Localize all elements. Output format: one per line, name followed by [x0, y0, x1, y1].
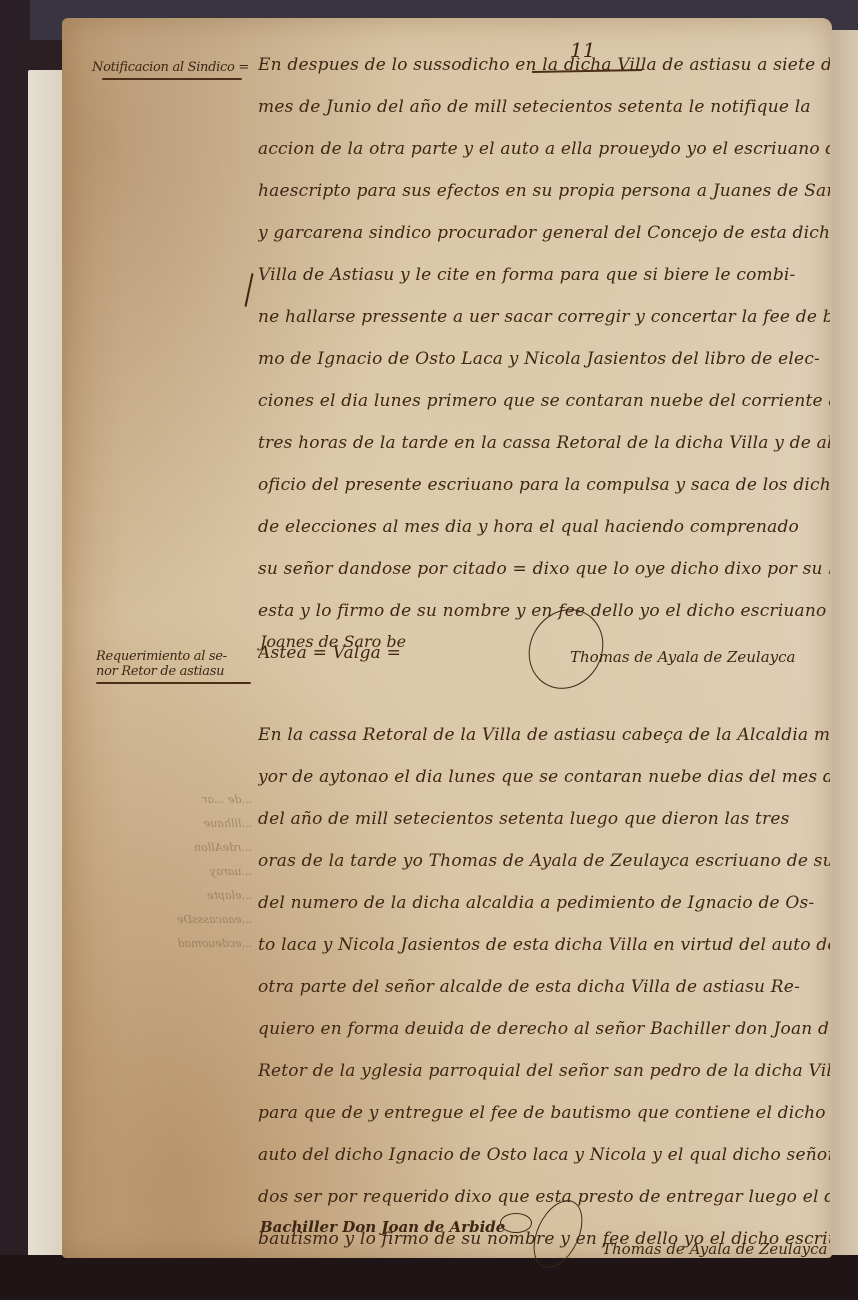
text-line: y garcarena sindico procurador general d… [258, 212, 830, 254]
text-line: ciones el dia lunes primero que se conta… [258, 380, 830, 422]
facing-page-edge [830, 30, 858, 1255]
bleed-line: ...elapte [132, 884, 252, 908]
section-2-text: En la cassa Retoral de la Villa de astia… [258, 714, 830, 1260]
background-left [0, 0, 30, 1300]
signature-escribano-2: Thomas de Ayala de Zeulayca [602, 1240, 828, 1258]
bleed-line: ...lllhaue [132, 812, 252, 836]
text-line: yor de aytonao el dia lunes que se conta… [258, 756, 830, 798]
background-bottom [0, 1255, 858, 1300]
text-line: ne hallarse pressente a uer sacar correg… [258, 296, 830, 338]
text-line: En despues de lo sussodicho en la dicha … [258, 44, 830, 86]
signature-juanes: Joanes de Saro be [260, 632, 406, 651]
text-line: para que de y entregue el fee de bautism… [258, 1092, 830, 1134]
signature-arbide: Bachiller Don Joan de Arbide [260, 1218, 505, 1236]
margin-note-notificacion: Notificacion al Sindico = [92, 60, 277, 80]
text-line: oficio del presente escriuano para la co… [258, 464, 830, 506]
bleed-line: ...rdeAllon [132, 836, 252, 860]
text-line: Retor de la yglesia parroquial del señor… [258, 1050, 830, 1092]
margin-note-underline [102, 78, 242, 80]
margin-note-underline [96, 682, 251, 684]
bleed-line: ...uaray [132, 860, 252, 884]
margin-tick-mark [244, 273, 253, 307]
text-line: mo de Ignacio de Osto Laca y Nicola Jasi… [258, 338, 830, 380]
manuscript-page: ...de ...ar ...lllhaue ...rdeAllon ...ua… [62, 18, 832, 1258]
margin-note-text: Requerimiento al se- nor Retor de astias… [96, 649, 227, 679]
text-line: Villa de Astiasu y le cite en forma para… [258, 254, 830, 296]
text-line: su señor dandose por citado = dixo que l… [258, 548, 830, 590]
margin-note-requerimiento: Requerimiento al se- nor Retor de astias… [96, 634, 266, 699]
text-line: auto del dicho Ignacio de Osto laca y Ni… [258, 1134, 830, 1176]
text-line: tres horas de la tarde en la cassa Retor… [258, 422, 830, 464]
bleed-line: ...de ...ar [132, 788, 252, 812]
margin-note-text: Notificacion al Sindico = [92, 60, 249, 75]
bleed-line: ...ecdeuomad [132, 932, 252, 956]
text-line: oras de la tarde yo Thomas de Ayala de Z… [258, 840, 830, 882]
signature-flourish [500, 1213, 532, 1233]
text-line: quiero en forma deuida de derecho al señ… [258, 1008, 830, 1050]
text-line: to laca y Nicola Jasientos de esta dicha… [258, 924, 830, 966]
signature-escribano-1: Thomas de Ayala de Zeulayca [570, 648, 796, 666]
text-line: del año de mill setecientos setenta lueg… [258, 798, 830, 840]
text-line: dos ser por requerido dixo que esta pres… [258, 1176, 830, 1218]
text-line: mes de Junio del año de mill setecientos… [258, 86, 830, 128]
section-1-text: En despues de lo sussodicho en la dicha … [258, 44, 830, 674]
text-line: del numero de la dicha alcaldia a pedimi… [258, 882, 830, 924]
bleed-line: ...eaacasssDe [132, 908, 252, 932]
text-line: haescripto para sus efectos en su propia… [258, 170, 830, 212]
text-line: otra parte del señor alcalde de esta dic… [258, 966, 830, 1008]
text-line: accion de la otra parte y el auto a ella… [258, 128, 830, 170]
bleed-through-text: ...de ...ar ...lllhaue ...rdeAllon ...ua… [132, 788, 252, 956]
text-line: de elecciones al mes dia y hora el qual … [258, 506, 830, 548]
text-line: En la cassa Retoral de la Villa de astia… [258, 714, 830, 756]
